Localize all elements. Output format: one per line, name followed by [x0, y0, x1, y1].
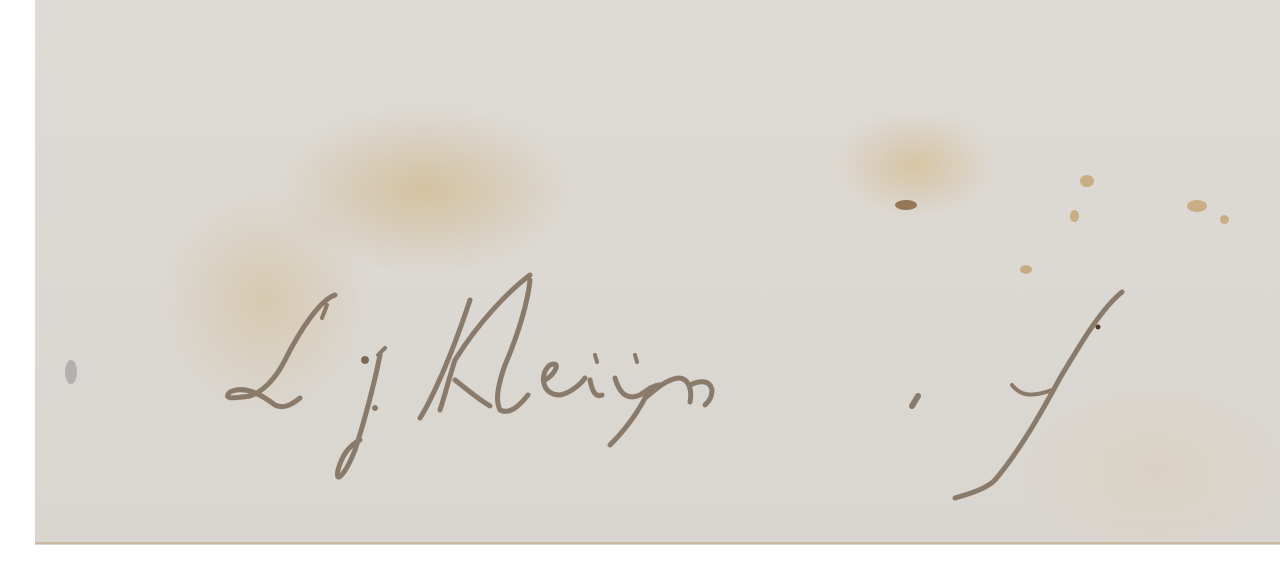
stain-spot	[1220, 215, 1229, 224]
stain-spot	[65, 360, 77, 384]
paper-sheet	[35, 0, 1280, 544]
stain-spot	[1070, 210, 1079, 222]
stain-spot	[1020, 265, 1032, 274]
stain-spot	[895, 200, 917, 210]
stain-spot	[1187, 200, 1207, 212]
stain-spot	[1080, 175, 1094, 187]
